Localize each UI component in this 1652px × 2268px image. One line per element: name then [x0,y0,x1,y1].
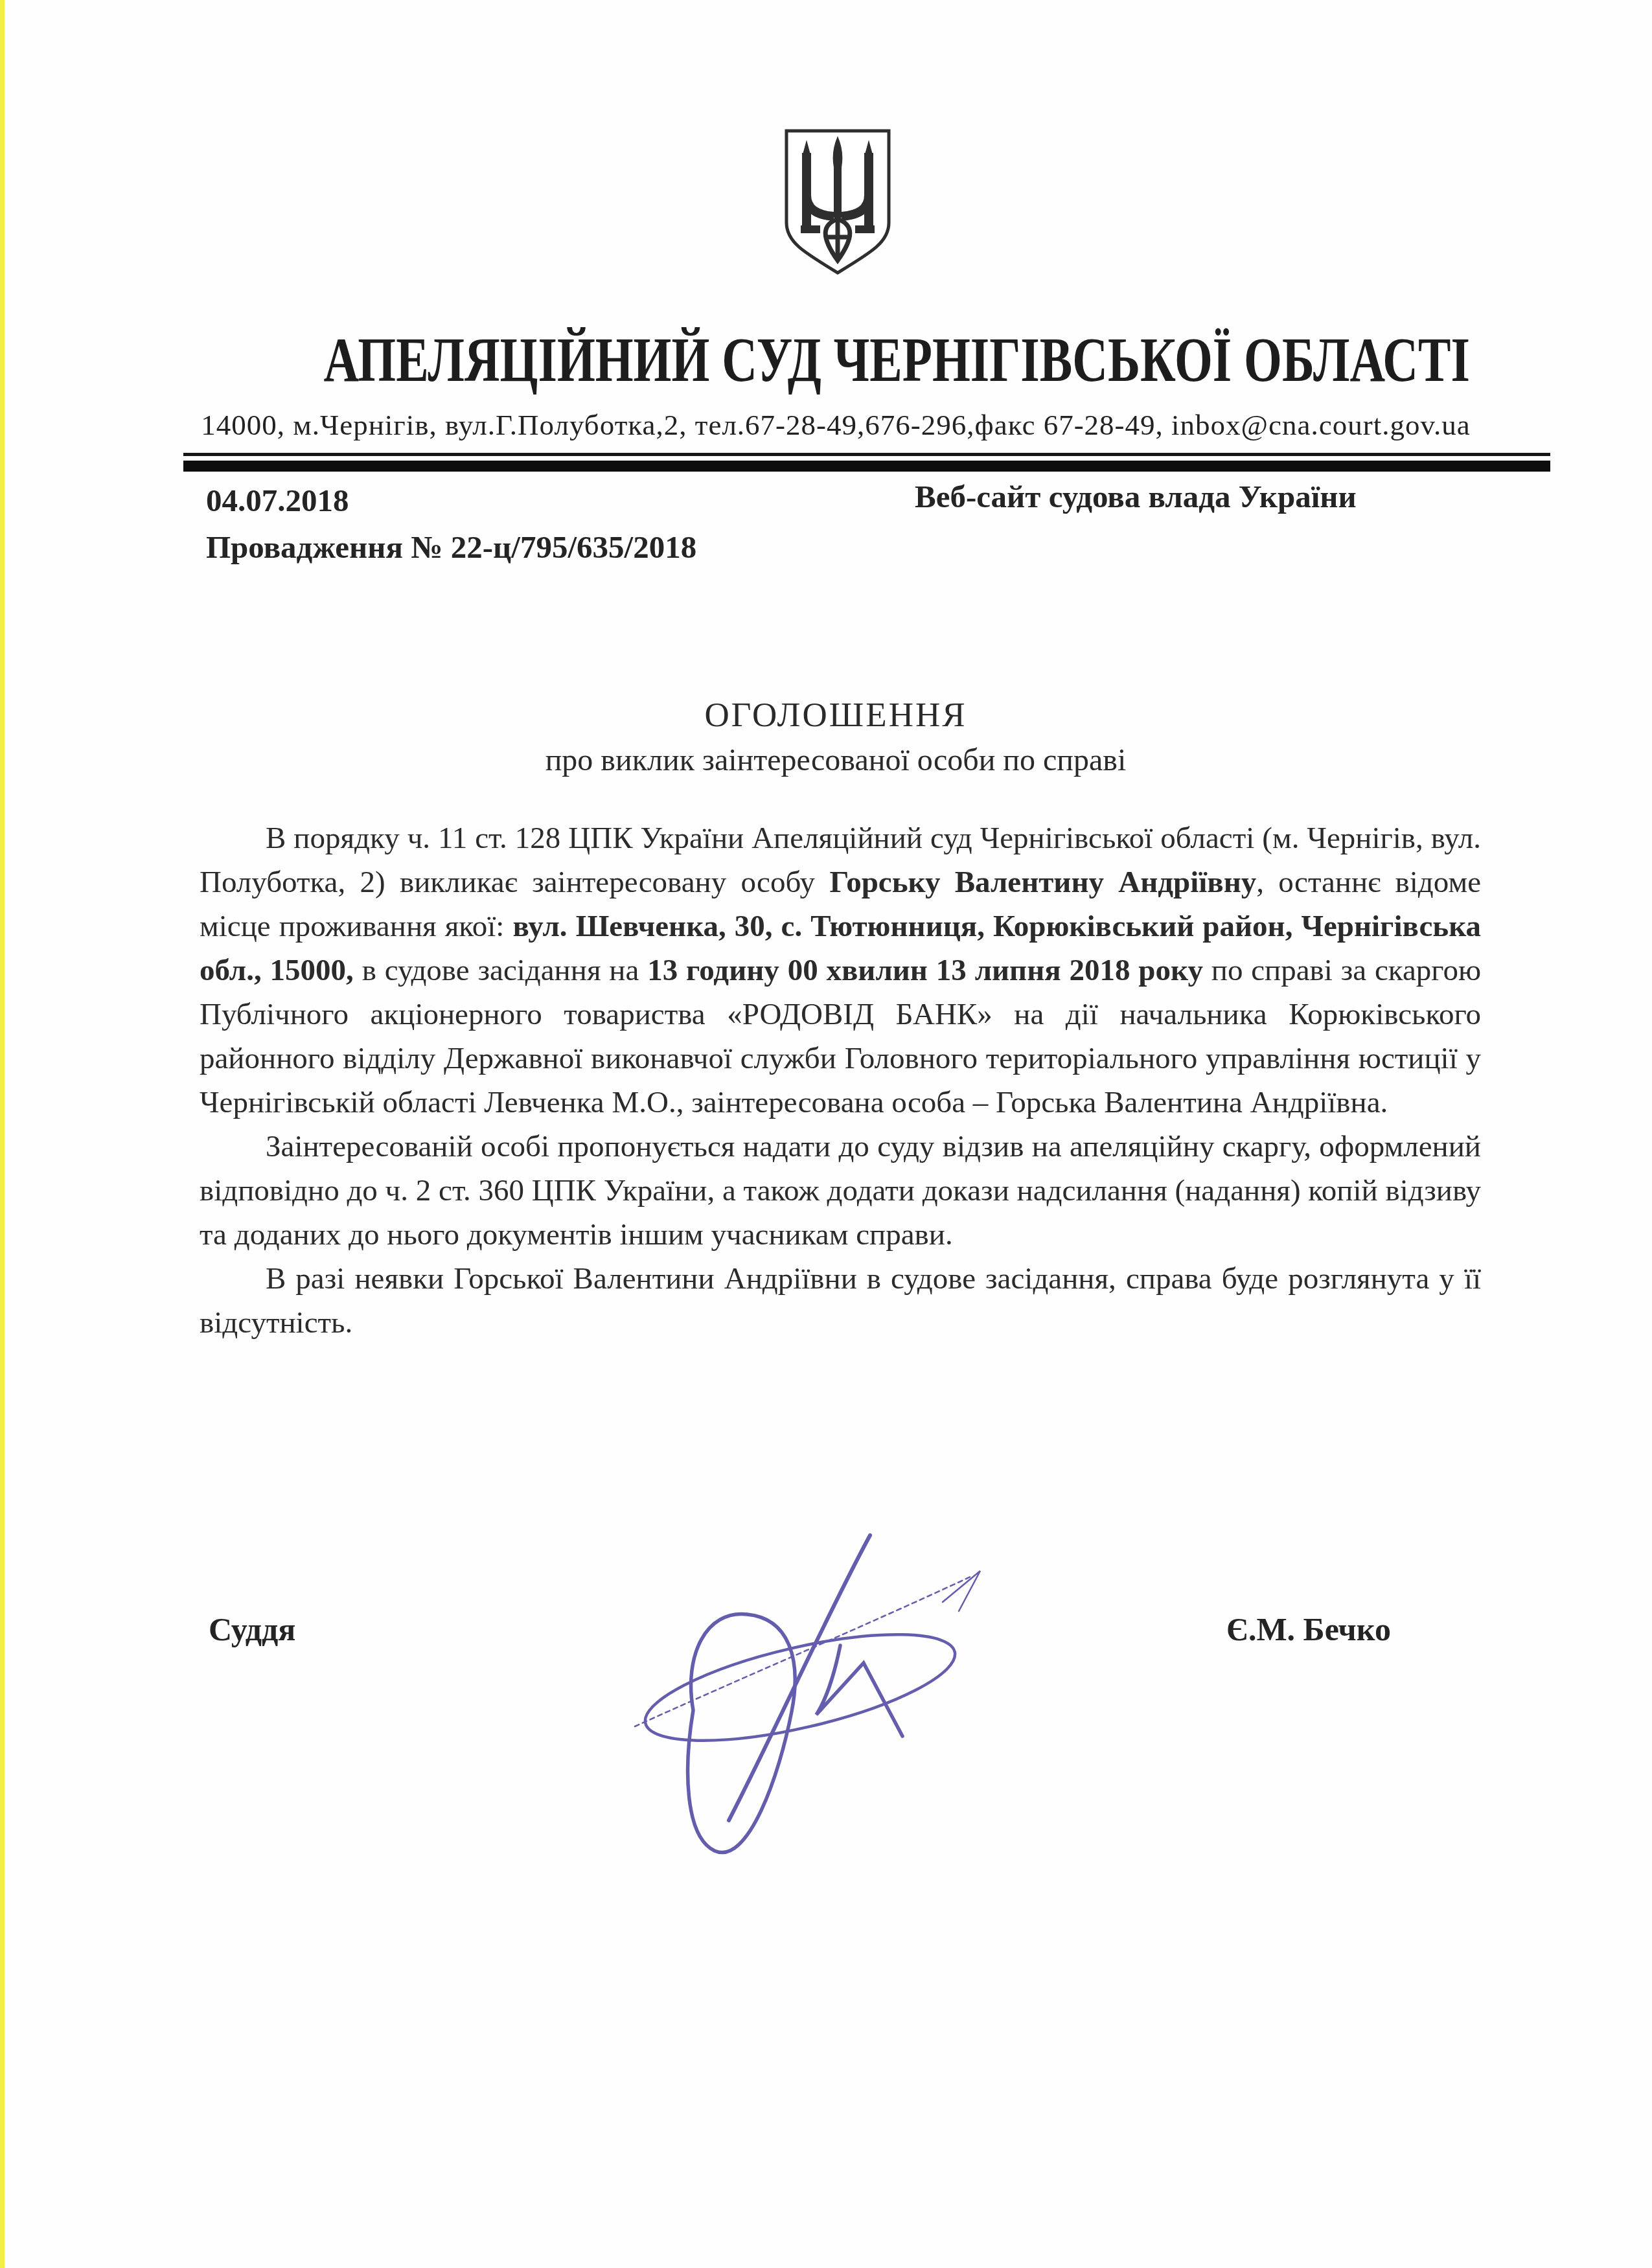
announcement-title: ОГОЛОШЕННЯ [162,696,1509,735]
case-number: Провадження № 22-ц/795/635/2018 [206,529,696,566]
announcement-subtitle: про виклик заінтересованої особи по спра… [162,742,1509,778]
body-paragraph-1: В порядку ч. 11 ст. 128 ЦПК України Апел… [200,816,1481,1125]
body-paragraph-3: В разі неявки Горської Валентини Андріїв… [200,1257,1481,1345]
letterhead-rule-thin [183,453,1550,456]
court-name-text: АПЕЛЯЦІЙНИЙ СУД ЧЕРНІГІВСЬКОЇ ОБЛАСТІ [324,324,1470,396]
judge-role-label: Суддя [209,1610,295,1648]
website-note: Веб-сайт судова влада України [915,478,1357,515]
judge-name: Є.М. Бечко [1226,1610,1391,1648]
letterhead-rule-thick [183,461,1550,472]
scan-edge-artifact [0,0,5,2268]
handwritten-signature [606,1513,1014,1921]
scanned-court-document-page: АПЕЛЯЦІЙНИЙ СУД ЧЕРНІГІВСЬКОЇ ОБЛАСТІ 14… [0,0,1652,2268]
court-name-heading: АПЕЛЯЦІЙНИЙ СУД ЧЕРНІГІВСЬКОЇ ОБЛАСТІ [162,324,1509,396]
court-address-line: 14000, м.Чернігів, вул.Г.Полуботка,2, те… [162,408,1509,442]
ukraine-trident-emblem-icon [783,127,893,276]
announcement-body: В порядку ч. 11 ст. 128 ЦПК України Апел… [200,816,1481,1345]
body-paragraph-2: Заінтересованій особі пропонується надат… [200,1125,1481,1257]
document-date: 04.07.2018 [206,482,349,519]
